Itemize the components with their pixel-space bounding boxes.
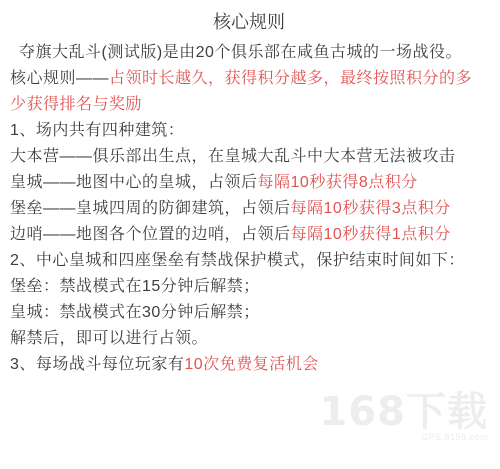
fortress-highlight: 每隔10秒获得3点积分: [291, 200, 451, 217]
section1-heading: 1、场内共有四种建筑：: [10, 118, 488, 144]
royal-city-label: 皇城——地图中心的皇城，占领后: [10, 174, 258, 191]
section1-base-camp: 大本营——俱乐部出生点，在皇城大乱斗中大本营无法被攻击: [10, 144, 488, 170]
article-body: 核心规则 夺旗大乱斗(测试版)是由20个俱乐部在咸鱼古城的一场战役。 核心规则—…: [0, 0, 500, 378]
outpost-highlight: 每隔10秒获得1点积分: [291, 226, 451, 243]
section1-outpost: 边哨——地图各个位置的边哨，占领后每隔10秒获得1点积分: [10, 222, 488, 248]
site-watermark: 168下载 GPS.8158.com: [320, 392, 489, 443]
outpost-label: 边哨——地图各个位置的边哨，占领后: [10, 226, 291, 243]
section3-highlight: 10次免费复活机会: [184, 356, 318, 373]
section2-fortress-rule: 堡垒：禁战模式在15分钟后解禁；: [10, 274, 488, 300]
page-title: 核心规则: [10, 10, 488, 34]
core-rule-paragraph: 核心规则——占领时长越久，获得积分越多，最终按照积分的多少获得排名与奖励: [10, 66, 488, 118]
fortress-label: 堡垒——皇城四周的防御建筑，占领后: [10, 200, 291, 217]
section1-royal-city: 皇城——地图中心的皇城，占领后每隔10秒获得8点积分: [10, 170, 488, 196]
section2-royal-city-rule: 皇城：禁战模式在30分钟后解禁；: [10, 300, 488, 326]
section3-paragraph: 3、每场战斗每位玩家有10次免费复活机会: [10, 352, 488, 378]
royal-city-highlight: 每隔10秒获得8点积分: [258, 174, 418, 191]
section2-after-unlock: 解禁后，即可以进行占领。: [10, 326, 488, 352]
intro-paragraph: 夺旗大乱斗(测试版)是由20个俱乐部在咸鱼古城的一场战役。: [10, 40, 488, 66]
section1-fortress: 堡垒——皇城四周的防御建筑，占领后每隔10秒获得3点积分: [10, 196, 488, 222]
core-rule-label: 核心规则——: [10, 70, 109, 87]
watermark-logo: 168下载: [320, 392, 489, 432]
section2-heading: 2、中心皇城和四座堡垒有禁战保护模式，保护结束时间如下：: [10, 248, 488, 274]
section3-label: 3、每场战斗每位玩家有: [10, 356, 184, 373]
